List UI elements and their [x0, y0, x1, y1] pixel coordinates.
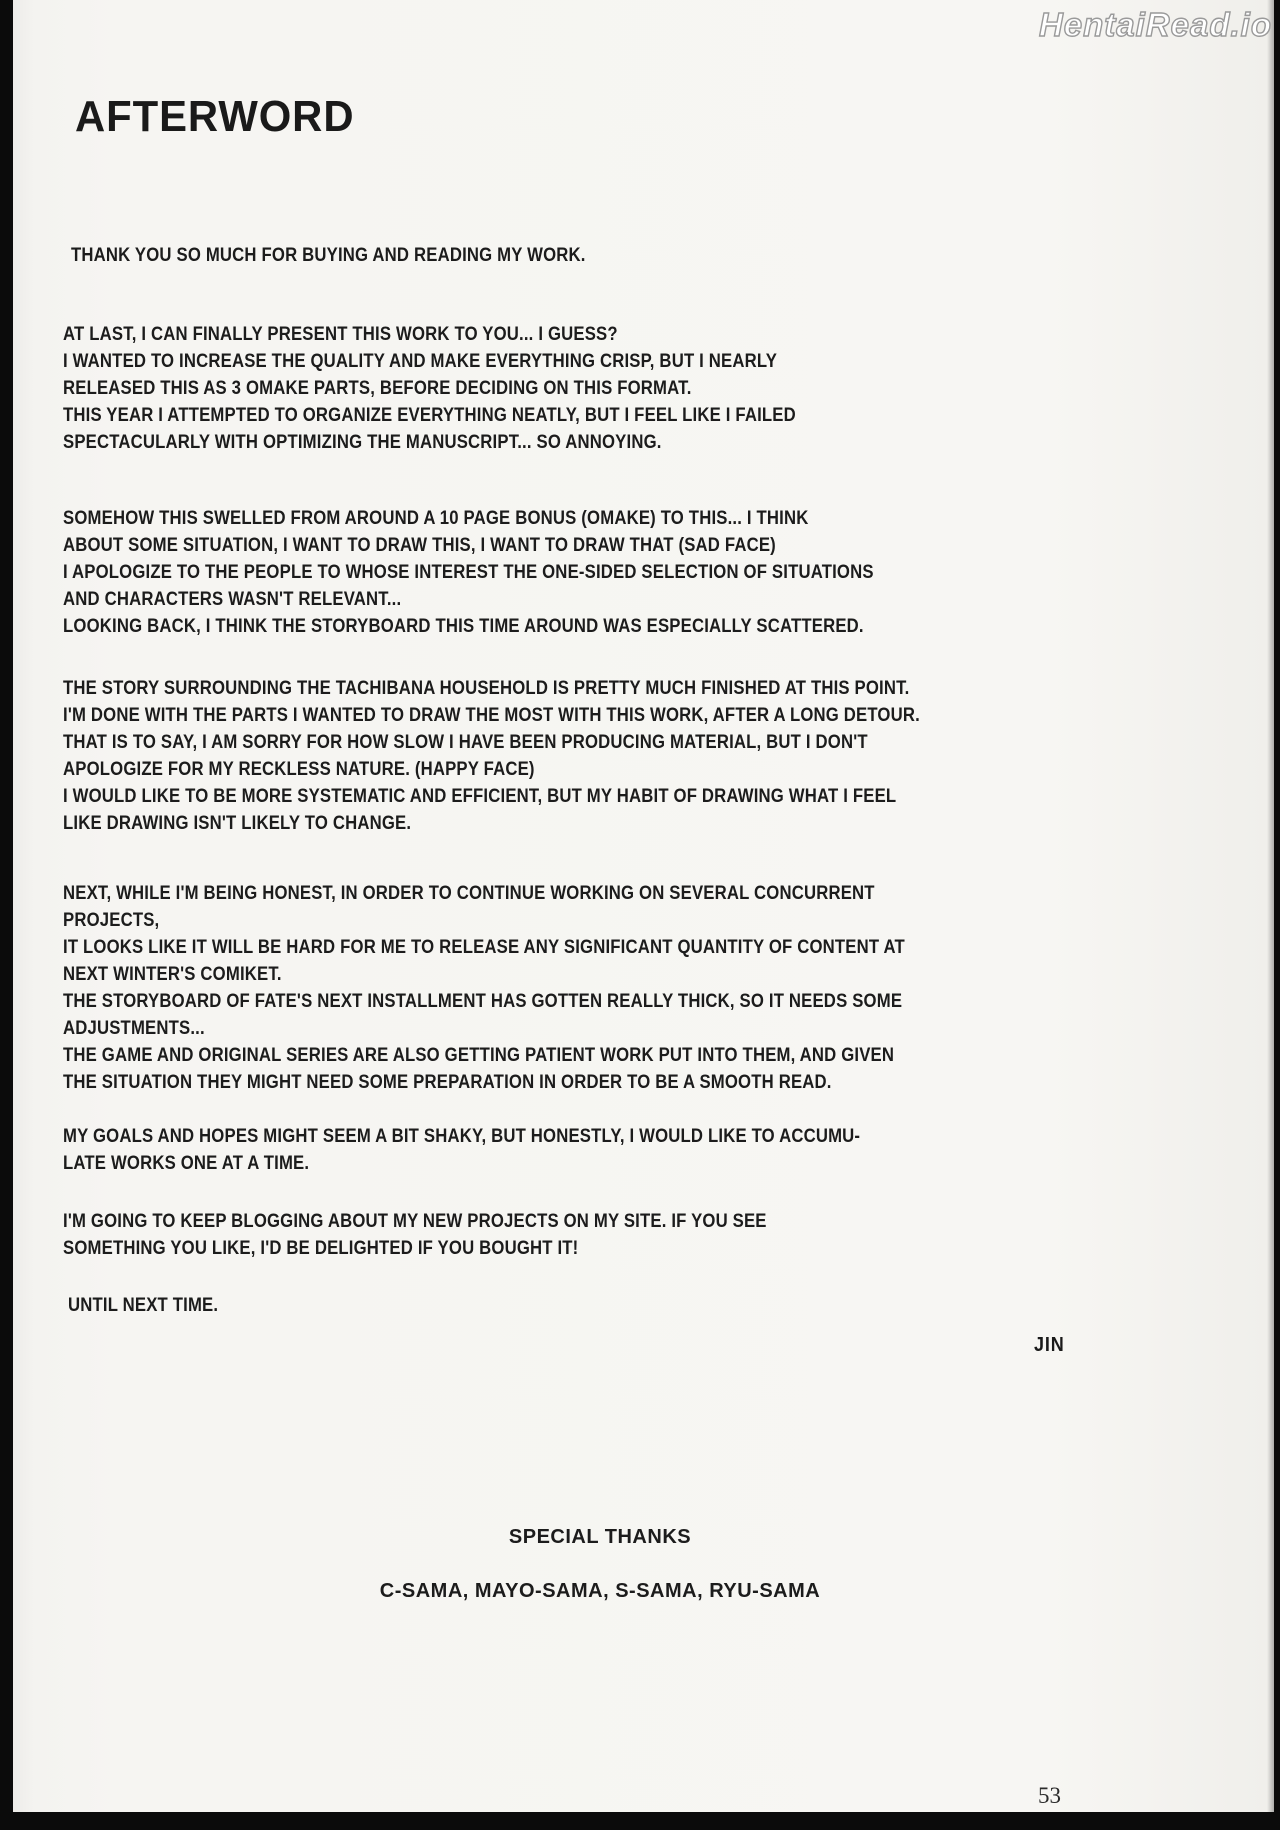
body-text-line: APOLOGIZE FOR MY RECKLESS NATURE. (HAPPY… [63, 756, 920, 783]
body-text-line: SPECTACULARLY WITH OPTIMIZING THE MANUSC… [63, 429, 796, 456]
body-text-line: ADJUSTMENTS... [63, 1015, 905, 1042]
body-text-line: THE SITUATION THEY MIGHT NEED SOME PREPA… [63, 1069, 905, 1096]
paragraph-goals: MY GOALS AND HOPES MIGHT SEEM A BIT SHAK… [63, 1123, 969, 1177]
body-text-line: THE STORYBOARD OF FATE'S NEXT INSTALLMEN… [63, 988, 905, 1015]
body-text-line: THE GAME AND ORIGINAL SERIES ARE ALSO GE… [63, 1042, 905, 1069]
scan-edge-right-shadow [1267, 0, 1274, 1830]
body-text-line: I'M DONE WITH THE PARTS I WANTED TO DRAW… [63, 702, 920, 729]
special-thanks-names: C-SAMA, MAYO-SAMA, S-SAMA, RYU-SAMA [0, 1580, 1200, 1603]
body-text-line: I'M GOING TO KEEP BLOGGING ABOUT MY NEW … [63, 1208, 767, 1235]
body-text-line: PROJECTS, [63, 907, 905, 934]
body-text-line: SOMEHOW THIS SWELLED FROM AROUND A 10 PA… [63, 505, 874, 532]
body-text-line: IT LOOKS LIKE IT WILL BE HARD FOR ME TO … [63, 934, 905, 961]
body-text-line: NEXT WINTER'S COMIKET. [63, 961, 905, 988]
body-text-line: THAT IS TO SAY, I AM SORRY FOR HOW SLOW … [63, 729, 920, 756]
body-text-line: THIS YEAR I ATTEMPTED TO ORGANIZE EVERYT… [63, 402, 796, 429]
body-text-line: LATE WORKS ONE AT A TIME. [63, 1150, 860, 1177]
scan-edge-bottom [0, 1812, 1280, 1830]
body-text-line: AT LAST, I CAN FINALLY PRESENT THIS WORK… [63, 321, 796, 348]
body-text-line: UNTIL NEXT TIME. [68, 1292, 218, 1319]
body-text-line: I WOULD LIKE TO BE MORE SYSTEMATIC AND E… [63, 783, 920, 810]
body-text-line: AND CHARACTERS WASN'T RELEVANT... [63, 586, 874, 613]
body-text-line: RELEASED THIS AS 3 OMAKE PARTS, BEFORE D… [63, 375, 796, 402]
body-text-line: ABOUT SOME SITUATION, I WANT TO DRAW THI… [63, 532, 874, 559]
paragraph-at-last: AT LAST, I CAN FINALLY PRESENT THIS WORK… [63, 321, 896, 456]
body-text-line: I WANTED TO INCREASE THE QUALITY AND MAK… [63, 348, 796, 375]
author-signature: JIN [1034, 1334, 1065, 1357]
paragraph-thanks: THANK YOU SO MUCH FOR BUYING AND READING… [71, 242, 656, 269]
body-text-line: THANK YOU SO MUCH FOR BUYING AND READING… [71, 242, 586, 269]
page-number: 53 [1038, 1783, 1061, 1809]
body-text-line: THE STORY SURROUNDING THE TACHIBANA HOUS… [63, 675, 920, 702]
scan-edge-left [0, 0, 13, 1830]
site-watermark: HentaiRead.io [1039, 6, 1272, 44]
body-text-line: NEXT, WHILE I'M BEING HONEST, IN ORDER T… [63, 880, 905, 907]
body-text-line: LIKE DRAWING ISN'T LIKELY TO CHANGE. [63, 810, 920, 837]
paragraph-somehow: SOMEHOW THIS SWELLED FROM AROUND A 10 PA… [63, 505, 984, 640]
paragraph-tachibana: THE STORY SURROUNDING THE TACHIBANA HOUS… [63, 675, 1037, 837]
body-text-line: SOMETHING YOU LIKE, I'D BE DELIGHTED IF … [63, 1235, 767, 1262]
scanned-afterword-page: HentaiRead.io AFTERWORD THANK YOU SO MUC… [0, 0, 1280, 1830]
body-text-line: I APOLOGIZE TO THE PEOPLE TO WHOSE INTER… [63, 559, 874, 586]
page-title: AFTERWORD [75, 92, 354, 142]
paragraph-until-next-time: UNTIL NEXT TIME. [68, 1292, 239, 1319]
scan-edge-right [1274, 0, 1280, 1830]
paragraph-next-projects: NEXT, WHILE I'M BEING HONEST, IN ORDER T… [63, 880, 1020, 1096]
body-text-line: MY GOALS AND HOPES MIGHT SEEM A BIT SHAK… [63, 1123, 860, 1150]
body-text-line: LOOKING BACK, I THINK THE STORYBOARD THI… [63, 613, 874, 640]
special-thanks-heading: SPECIAL THANKS [0, 1526, 1200, 1549]
paragraph-blogging: I'M GOING TO KEEP BLOGGING ABOUT MY NEW … [63, 1208, 863, 1262]
